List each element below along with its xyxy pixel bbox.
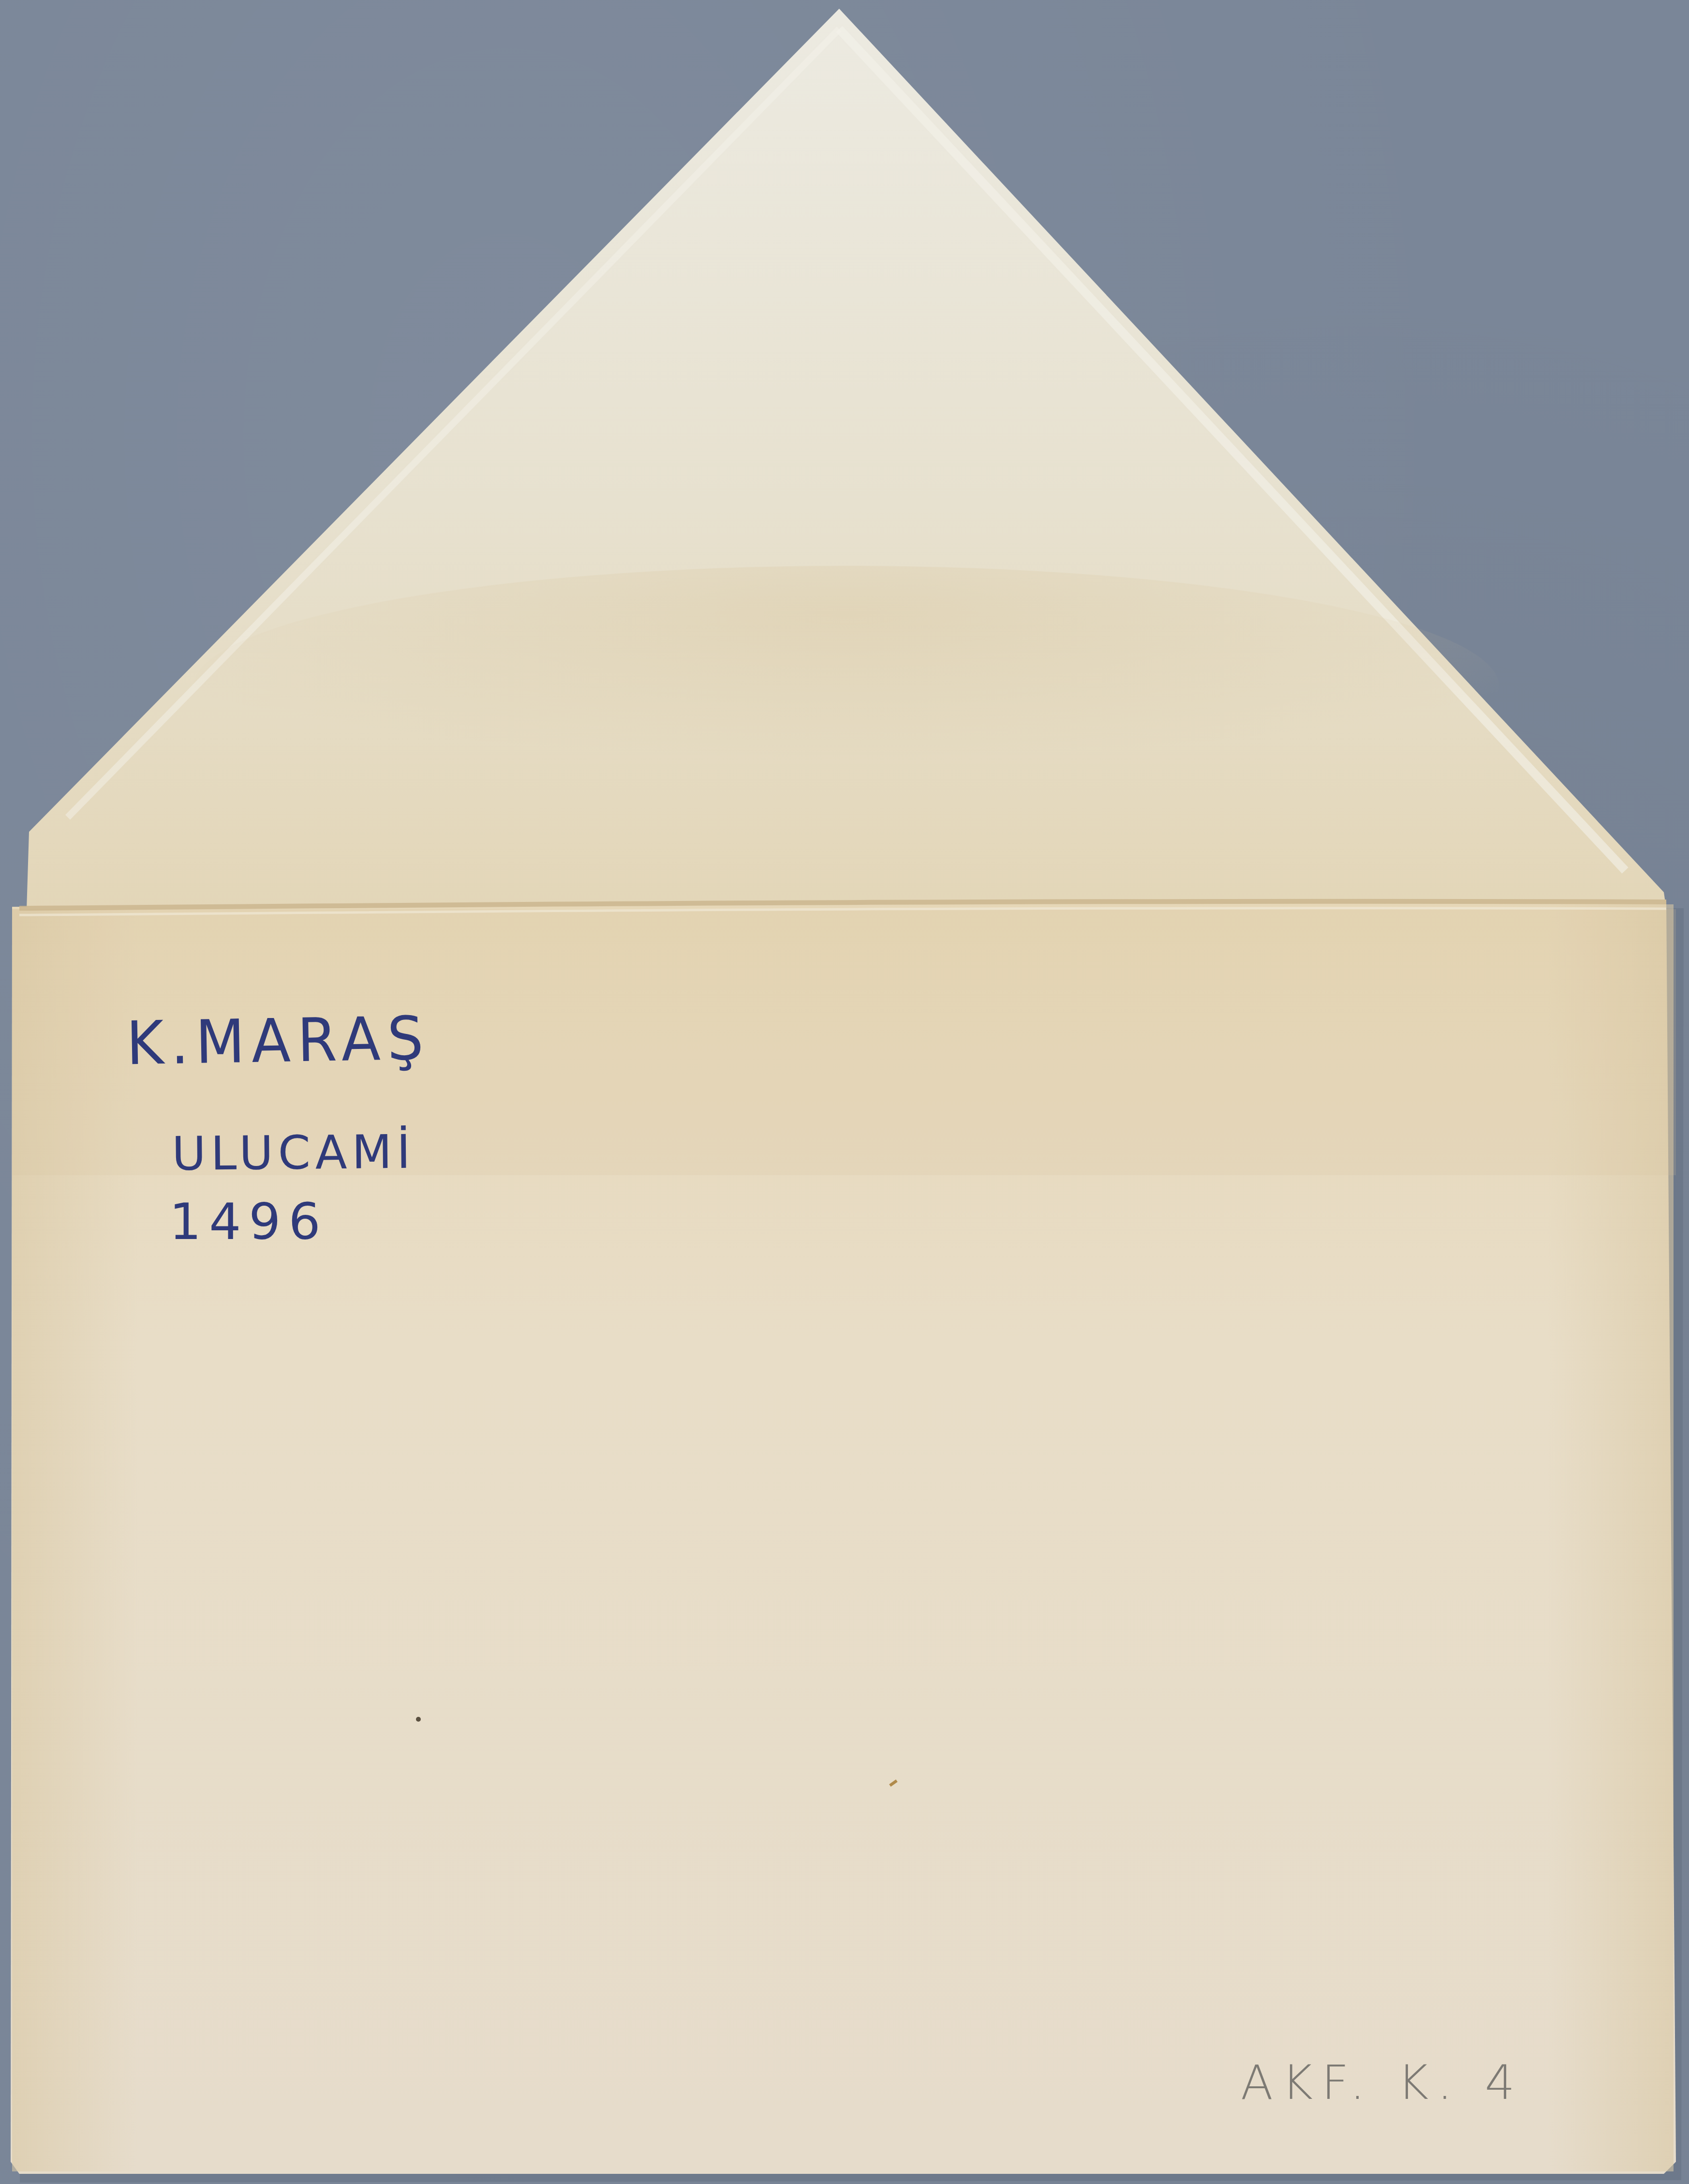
pencil-catalog-number: AKF. K. 4 [1241,2055,1524,2110]
handwritten-place-name: K.MARAŞ [126,1003,431,1078]
flap-stain [193,566,1499,808]
handwritten-year: 1496 [169,1192,328,1251]
paper-speck [416,1717,421,1722]
envelope [0,0,1689,2184]
handwritten-site-name: ULUCAMİ [172,1125,415,1181]
